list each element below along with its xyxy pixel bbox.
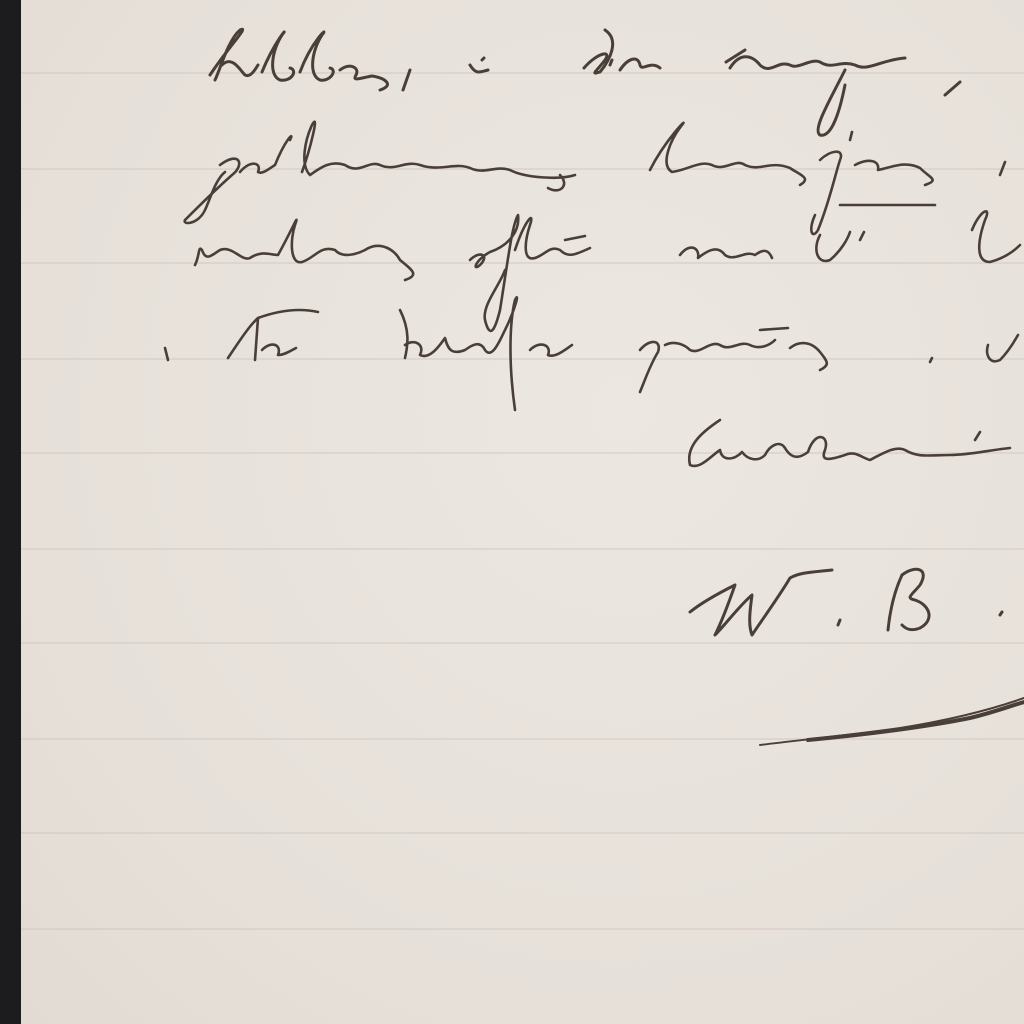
handwriting-ink bbox=[0, 0, 1024, 1024]
